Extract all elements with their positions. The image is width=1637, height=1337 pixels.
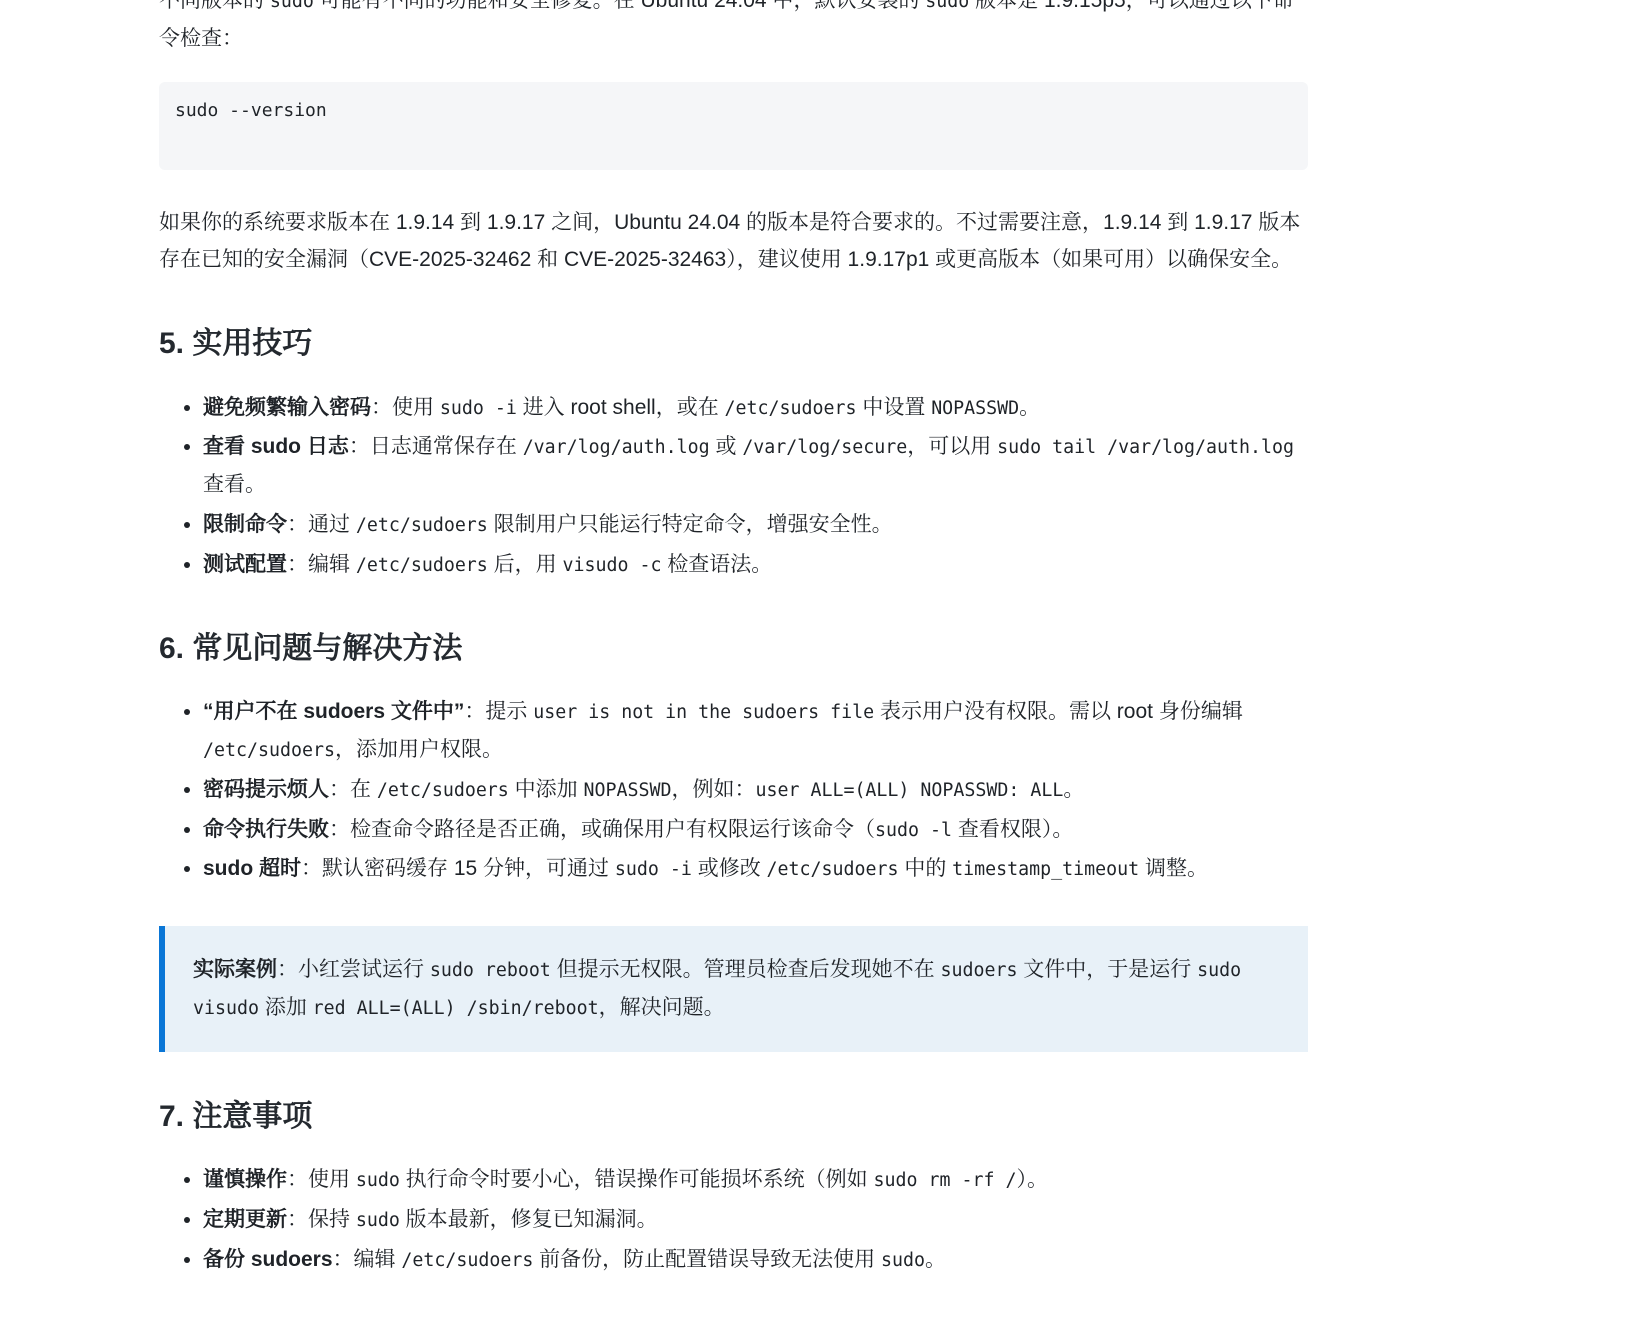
list-item: 密码提示烦人：在 /etc/sudoers 中添加 NOPASSWD，例如：us… <box>203 771 1308 809</box>
list-item: 测试配置：编辑 /etc/sudoers 后，用 visudo -c 检查语法。 <box>203 546 1308 584</box>
list-item: 命令执行失败：检查命令路径是否正确，或确保用户有权限运行该命令（sudo -l … <box>203 811 1308 849</box>
version-note-paragraph: 如果你的系统要求版本在 1.9.14 到 1.9.17 之间，Ubuntu 24… <box>159 204 1308 280</box>
tips-list: 避免频繁输入密码：使用 sudo -i 进入 root shell，或在 /et… <box>159 389 1308 584</box>
case-study-callout: 实际案例：小红尝试运行 sudo reboot 但提示无权限。管理员检查后发现她… <box>159 926 1308 1052</box>
code-block: sudo --version <box>159 82 1308 170</box>
list-item: 谨慎操作：使用 sudo 执行命令时要小心，错误操作可能损坏系统（例如 sudo… <box>203 1161 1308 1199</box>
section-faq-heading: 6. 常见问题与解决方法 <box>159 630 1308 668</box>
list-item: 避免频繁输入密码：使用 sudo -i 进入 root shell，或在 /et… <box>203 389 1308 427</box>
list-item: sudo 超时：默认密码缓存 15 分钟，可通过 sudo -i 或修改 /et… <box>203 850 1308 888</box>
list-item: “用户不在 sudoers 文件中”：提示 user is not in the… <box>203 693 1308 769</box>
list-item: 备份 sudoers：编辑 /etc/sudoers 前备份，防止配置错误导致无… <box>203 1241 1308 1279</box>
section-tips-heading: 5. 实用技巧 <box>159 325 1308 363</box>
list-item: 限制命令：通过 /etc/sudoers 限制用户只能运行特定命令，增强安全性。 <box>203 506 1308 544</box>
case-study-text: 实际案例：小红尝试运行 sudo reboot 但提示无权限。管理员检查后发现她… <box>193 951 1280 1027</box>
section-notes-heading: 7. 注意事项 <box>159 1098 1308 1136</box>
code-block-text: sudo --version <box>175 98 1292 124</box>
article-page: 不同版本的 sudo 可能有不同的功能和安全修复。在 Ubuntu 24.04 … <box>159 0 1308 1279</box>
notes-list: 谨慎操作：使用 sudo 执行命令时要小心，错误操作可能损坏系统（例如 sudo… <box>159 1161 1308 1278</box>
list-item: 查看 sudo 日志：日志通常保存在 /var/log/auth.log 或 /… <box>203 428 1308 504</box>
faq-list: “用户不在 sudoers 文件中”：提示 user is not in the… <box>159 693 1308 888</box>
intro-paragraph: 不同版本的 sudo 可能有不同的功能和安全修复。在 Ubuntu 24.04 … <box>159 0 1308 58</box>
list-item: 定期更新：保持 sudo 版本最新，修复已知漏洞。 <box>203 1201 1308 1239</box>
